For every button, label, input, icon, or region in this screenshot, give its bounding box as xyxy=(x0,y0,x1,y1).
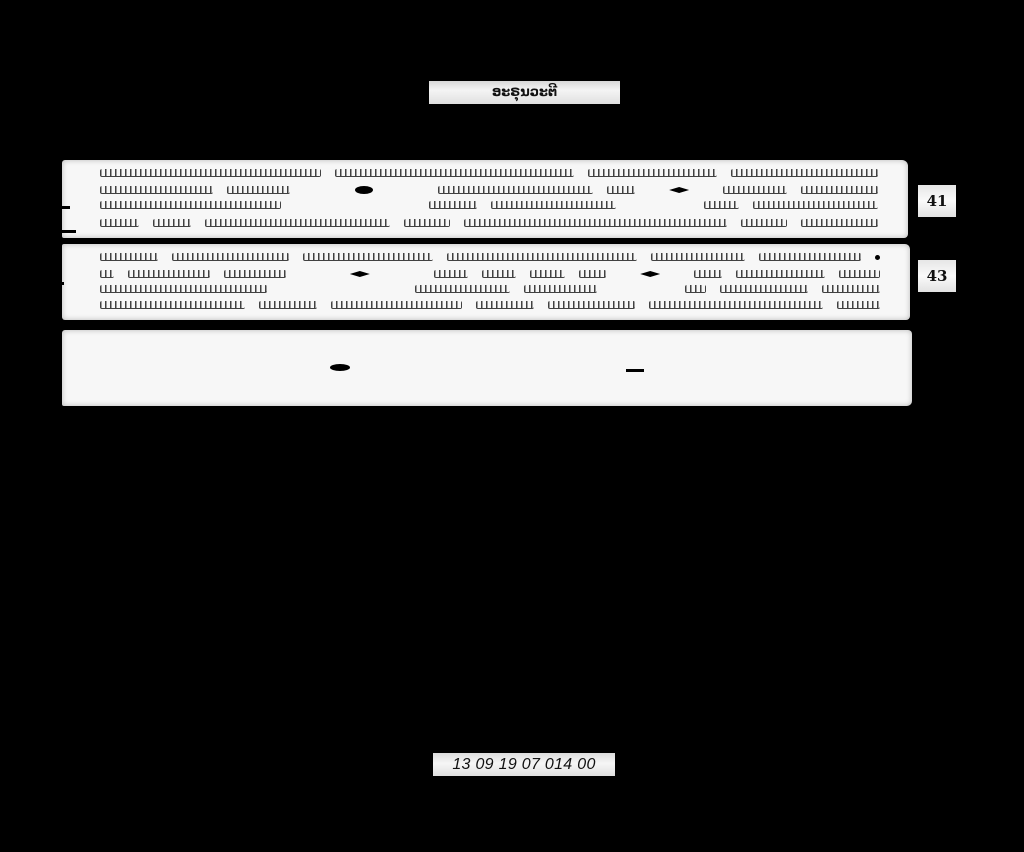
manuscript-title-label: ອະຣຸນວະຕີ xyxy=(429,81,620,104)
palm-leaf-3-blank xyxy=(62,330,912,406)
palm-leaf-2 xyxy=(62,244,910,320)
archive-reference-label: 13 09 19 07 014 00 xyxy=(433,753,615,776)
page-number-text: 43 xyxy=(927,267,948,285)
binding-hole xyxy=(669,187,689,193)
manuscript-line xyxy=(100,252,880,262)
leaf-edge-damage xyxy=(56,282,64,285)
manuscript-line xyxy=(100,284,880,294)
leaf-edge-damage xyxy=(56,206,70,209)
binding-hole xyxy=(355,186,373,194)
manuscript-line xyxy=(100,185,878,195)
binding-hole xyxy=(640,271,660,277)
manuscript-line xyxy=(100,269,880,279)
manuscript-line xyxy=(100,168,878,178)
binding-hole xyxy=(350,271,370,277)
page-number-text: 41 xyxy=(927,192,948,210)
page-number-label: 43 xyxy=(918,260,956,292)
manuscript-line xyxy=(100,218,878,228)
archive-reference-text: 13 09 19 07 014 00 xyxy=(452,756,595,774)
leaf-edge-damage xyxy=(56,368,62,371)
leaf-edge-damage xyxy=(56,230,76,233)
manuscript-title-text: ອະຣຸນວະຕີ xyxy=(492,85,557,100)
manuscript-line xyxy=(100,200,878,210)
manuscript-line xyxy=(100,300,880,310)
binding-mark xyxy=(875,255,880,260)
binding-hole xyxy=(330,364,350,371)
palm-leaf-1 xyxy=(62,160,908,238)
page-number-label: 41 xyxy=(918,185,956,217)
binding-hole xyxy=(626,369,644,372)
